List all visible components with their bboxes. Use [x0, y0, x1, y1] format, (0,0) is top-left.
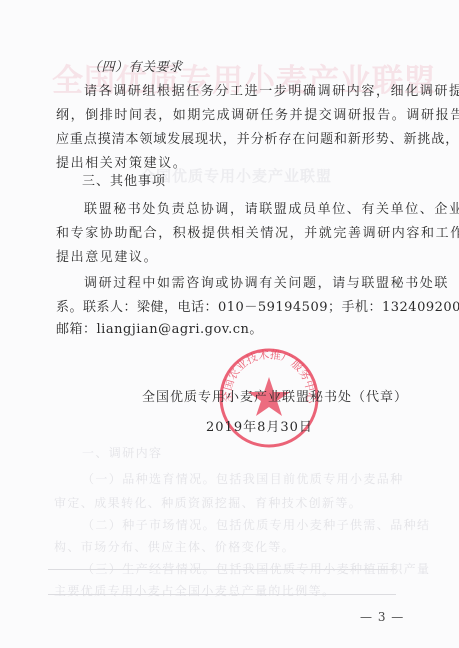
section-4-heading: （四）有关要求 [88, 60, 183, 76]
paragraph-line: 应重点摸清本领域发展现状，并分析存在问题和新形势、新挑战， [56, 132, 459, 148]
paragraph-line: 联盟秘书处负责总协调，请联盟成员单位、有关单位、企业 [84, 202, 459, 218]
paragraph-line: 和专家协助配合，积极提供相关情况，并就完善调研内容和工作 [56, 226, 459, 242]
faint-line: 审定、成果转化、种质资源挖掘、育种技术创新等。 [54, 494, 362, 511]
paragraph-line: 系。联系人：梁健，电话：010－59194509；手机：13240920099； [56, 300, 459, 316]
paragraph-line: 请各调研组根据任务分工进一步明确调研内容，细化调研提 [84, 84, 459, 100]
faint-line: （二）种子市场情况。包括优质专用小麦种子供需、品种结 [82, 516, 430, 533]
faint-line: 一、调研内容 [82, 444, 162, 461]
section-3-heading: 三、其他事项 [82, 174, 166, 190]
faint-rule [48, 569, 396, 570]
paragraph-line: 提出相关对策建议。 [56, 156, 187, 172]
faint-line: 构、市场分布、供应主体、价格变化等。 [54, 538, 295, 555]
signature-org: 全国优质专用小麦产业联盟秘书处（代章） [142, 386, 408, 405]
page-number: — 3 — [360, 610, 404, 624]
faint-rule [48, 594, 396, 595]
signature-date: 2019年8月30日 [206, 416, 313, 435]
document-page: 全国优质专用小麦产业联盟 全国优质专用小麦产业联盟 一、调研内容 （一）品种选育… [0, 0, 459, 648]
faint-line: （一）品种选育情况。包括我国目前优质专用小麦品种 [82, 470, 404, 487]
paragraph-line: 调研过程中如需咨询或协调有关问题，请与联盟秘书处联 [84, 276, 449, 292]
paragraph-line: 纲，倒排时间表，如期完成调研任务并提交调研报告。调研报告 [56, 108, 459, 124]
email-line: 邮箱：liangjian@agri.gov.cn。 [56, 322, 263, 338]
paragraph-line: 提出意见建议。 [56, 250, 158, 266]
faint-line: 主要优质专用小麦占全国小麦总产量的比例等。 [54, 582, 335, 599]
